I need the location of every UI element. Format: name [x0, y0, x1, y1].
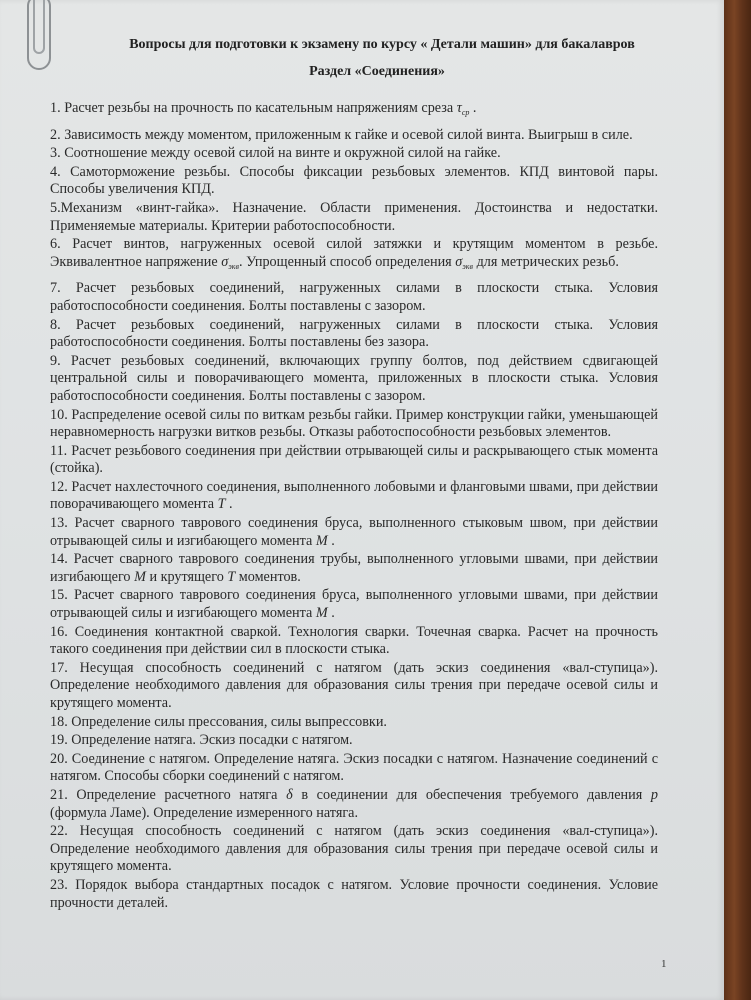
question-item: 20. Соединение с натягом. Определение на… [50, 751, 658, 786]
question-item: 11. Расчет резьбового соединения при дей… [50, 443, 658, 478]
math-symbol: δ [286, 787, 293, 803]
question-item: 9. Расчет резьбовых соединений, включающ… [50, 353, 658, 406]
document-page: Вопросы для подготовки к экзамену по кур… [0, 0, 724, 1000]
math-symbol: p [651, 787, 658, 803]
question-item: 16. Соединения контактной сваркой. Техно… [50, 624, 658, 659]
question-item: 14. Расчет сварного таврового соединения… [50, 551, 658, 586]
question-item: 13. Расчет сварного таврового соединения… [50, 515, 658, 550]
question-item: 5.Механизм «винт-гайка». Назначение. Обл… [50, 200, 658, 235]
question-item: 17. Несущая способность соединений с нат… [50, 660, 658, 713]
section-title: Раздел «Соединения» [0, 64, 724, 80]
math-symbol: M [316, 533, 328, 549]
question-item: 10. Распределение осевой силы по виткам … [50, 407, 658, 442]
page-number: 1 [661, 958, 667, 970]
question-item: 19. Определение натяга. Эскиз посадки с … [50, 732, 658, 750]
wooden-desk-edge [723, 0, 751, 1000]
math-symbol: M [134, 569, 146, 585]
question-item: 12. Расчет нахлесточного соединения, вып… [50, 479, 658, 514]
question-item: 4. Самоторможение резьбы. Способы фиксац… [50, 164, 658, 199]
question-list: 1. Расчет резьбы на прочность по касател… [50, 100, 658, 913]
math-symbol: M [316, 605, 328, 621]
math-symbol: T [227, 569, 235, 585]
math-symbol: T [218, 496, 226, 512]
question-item: 2. Зависимость между моментом, приложенн… [50, 127, 658, 145]
document-title: Вопросы для подготовки к экзамену по кур… [0, 37, 724, 53]
question-item: 22. Несущая способность соединений с нат… [50, 823, 658, 876]
question-item: 1. Расчет резьбы на прочность по касател… [50, 100, 658, 122]
question-item: 8. Расчет резьбовых соединений, нагружен… [50, 317, 658, 352]
question-item: 3. Соотношение между осевой силой на вин… [50, 145, 658, 163]
question-item: 23. Порядок выбора стандартных посадок с… [50, 877, 658, 912]
question-item: 21. Определение расчетного натяга δ в со… [50, 787, 658, 822]
question-item: 7. Расчет резьбовых соединений, нагружен… [50, 280, 658, 315]
question-item: 15. Расчет сварного таврового соединения… [50, 587, 658, 622]
question-item: 6. Расчет винтов, нагруженных осевой сил… [50, 236, 658, 275]
question-item: 18. Определение силы прессования, силы в… [50, 714, 658, 732]
